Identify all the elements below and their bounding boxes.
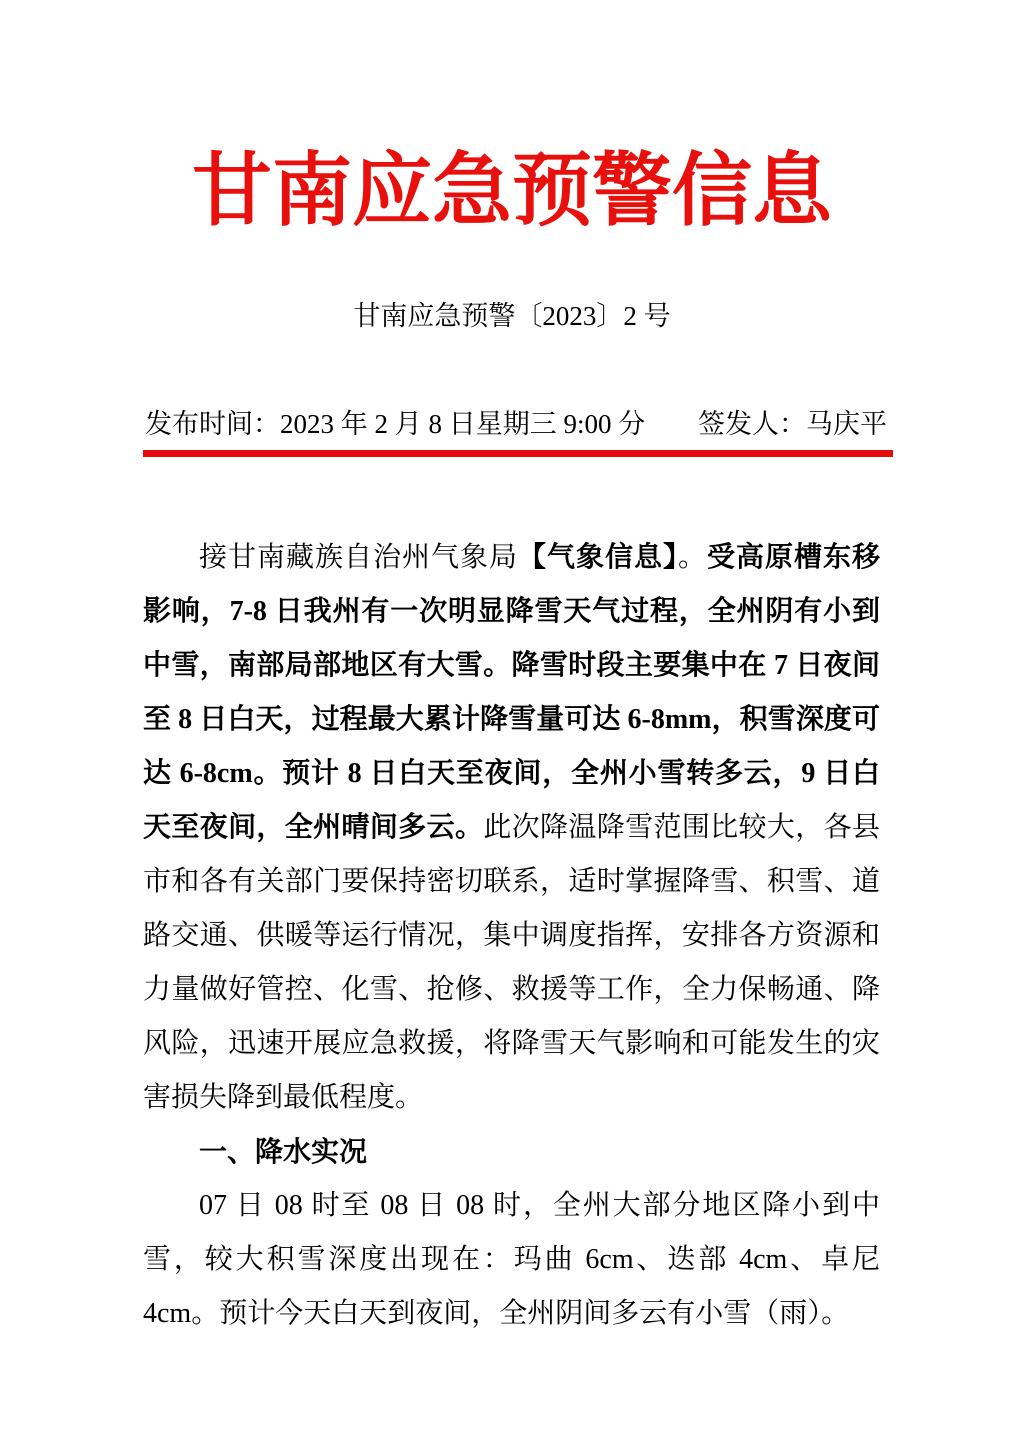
p1-bracket-highlight: 【气象信息】 xyxy=(518,542,678,573)
document-number: 甘南应急预警〔2023〕2 号 xyxy=(0,296,1024,336)
p1-response-text: 此次降温降雪范围比较大，各县市和各有关部门要保持密切联系，适时掌握降雪、积雪、道… xyxy=(143,812,880,1113)
p1-lead-text: 接甘南藏族自治州气象局 xyxy=(199,542,518,573)
issuer-name: 签发人：马庆平 xyxy=(698,406,887,442)
paragraph-weather-notice: 接甘南藏族自治州气象局【气象信息】。受高原槽东移影响，7-8 日我州有一次明显降… xyxy=(143,531,880,1125)
document-body: 接甘南藏族自治州气象局【气象信息】。受高原槽东移影响，7-8 日我州有一次明显降… xyxy=(143,531,880,1341)
publish-info-line: 发布时间：2023 年 2 月 8 日星期三 9:00 分 签发人：马庆平 xyxy=(143,406,893,457)
p1-period: 。 xyxy=(678,542,707,573)
publish-time: 发布时间：2023 年 2 月 8 日星期三 9:00 分 xyxy=(145,406,645,442)
p1-forecast-bold-text: 受高原槽东移影响，7-8 日我州有一次明显降雪天气过程，全州阴有小到中雪，南部局… xyxy=(143,542,880,843)
paragraph-precipitation-report: 07 日 08 时至 08 日 08 时，全州大部分地区降小到中雪，较大积雪深度… xyxy=(143,1179,880,1341)
document-page: 甘南应急预警信息 甘南应急预警〔2023〕2 号 发布时间：2023 年 2 月… xyxy=(0,0,1024,1448)
section-heading-precipitation: 一、降水实况 xyxy=(143,1125,880,1179)
document-title: 甘南应急预警信息 xyxy=(0,0,1024,242)
